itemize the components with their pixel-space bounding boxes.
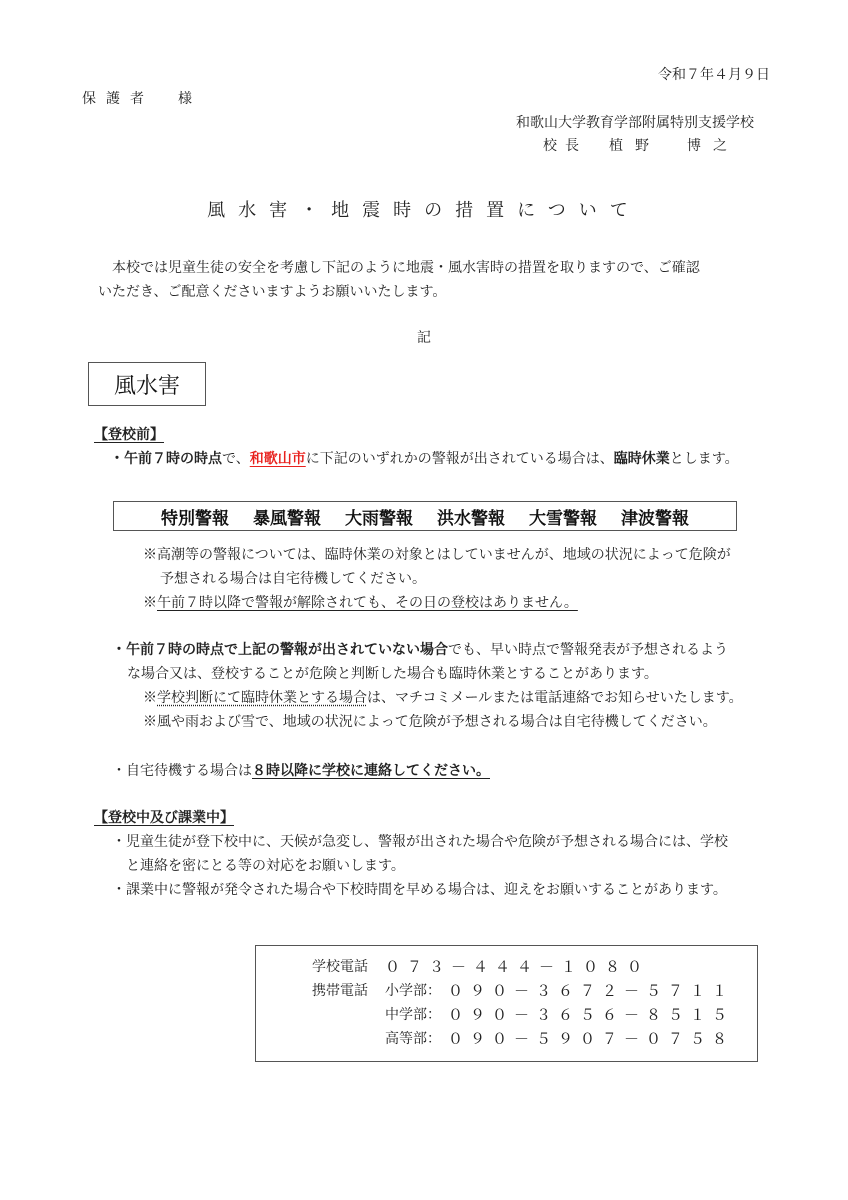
home-standby-rule: ・自宅待機する場合は８時以降に学校に連絡してください。 — [112, 760, 490, 780]
note-after-7am-text: 午前７時以降で警報が解除されても、その日の登校はありません。 — [157, 595, 578, 611]
closure-term: 臨時休業 — [614, 451, 670, 467]
document-title: 風水害・地震時の措置について — [0, 196, 848, 222]
ki-marker: 記 — [0, 327, 848, 347]
no-warning-rule-2: な場合又は、登校することが危険と判断した場合も臨時休業とすることがあります。 — [127, 663, 658, 683]
rule-text: とします。 — [670, 451, 739, 467]
mobile-phone-label: 携帯電話 — [312, 980, 368, 1000]
heading-before-school: 【登校前】 — [94, 424, 164, 444]
principal: 校長植野 博之 — [543, 135, 739, 155]
contact-box: 学校電話 ０７３－４４４－１０８０ 携帯電話 小学部： ０９０－３６７２－５７１… — [255, 945, 758, 1062]
no-warning-condition: ・午前７時の時点で上記の警報が出されていない場合 — [112, 642, 448, 658]
note-mark: ※ — [143, 690, 157, 706]
rule-time: ・午前７時の時点 — [110, 451, 222, 467]
warning-item: 暴風警報 — [253, 504, 321, 529]
notification-text: は、マチコミメールまたは電話連絡でお知らせいたします。 — [367, 690, 743, 706]
no-warning-rule-1: ・午前７時の時点で上記の警報が出されていない場合でも、早い時点で警報発表が予想さ… — [112, 639, 728, 659]
note-mark: ※ — [143, 595, 157, 611]
no-warning-text: でも、早い時点で警報発表が予想されるよう — [448, 642, 728, 658]
intro-line-1: 本校では児童生徒の安全を考慮し下記のように地震・風水害時の措置を取りますので、ご… — [112, 257, 700, 277]
section-title: 風水害 — [114, 369, 180, 400]
rule-text: で、 — [222, 451, 250, 467]
warning-item: 大雨警報 — [345, 504, 413, 529]
during-rule-1a: ・児童生徒が登下校中に、天候が急変し、警報が出された場合や危険が予想される場合に… — [112, 831, 728, 851]
rule-text: に下記のいずれかの警報が出されている場合は、 — [306, 451, 614, 467]
dept-label: 中学部： — [385, 1004, 441, 1024]
note-weather: ※風や雨および雪で、地域の状況によって危険が予想される場合は自宅待機してください… — [143, 711, 717, 731]
document-date: 令和７年４月９日 — [658, 64, 770, 84]
note-storm-surge-2: 予想される場合は自宅待機してください。 — [160, 568, 426, 588]
mobile-number: ０９０－３６５６－８５１５ — [448, 1004, 734, 1025]
note-storm-surge-1: ※高潮等の警報については、臨時休業の対象とはしていませんが、地域の状況によって危… — [143, 544, 731, 564]
warning-item: 大雪警報 — [529, 504, 597, 529]
school-name: 和歌山大学教育学部附属特別支援学校 — [516, 112, 754, 132]
principal-name: 植野 博之 — [609, 138, 739, 154]
dept-label: 小学部： — [385, 980, 441, 1000]
warnings-box: 特別警報 暴風警報 大雨警報 洪水警報 大雪警報 津波警報 — [113, 501, 737, 531]
warning-item: 洪水警報 — [437, 504, 505, 529]
school-decision-text: 学校判断にて臨時休業とする場合 — [157, 690, 367, 706]
section-title-box: 風水害 — [88, 362, 206, 406]
note-school-decision: ※学校判断にて臨時休業とする場合は、マチコミメールまたは電話連絡でお知らせいたし… — [143, 687, 743, 707]
before-school-rule: ・午前７時の時点で、和歌山市に下記のいずれかの警報が出されている場合は、臨時休業… — [110, 448, 739, 468]
standby-text: ・自宅待機する場合は — [112, 763, 252, 779]
school-phone-label: 学校電話 — [312, 956, 368, 976]
intro-line-2: いただき、ご配意くださいますようお願いいたします。 — [98, 281, 446, 301]
heading-during-school: 【登校中及び課業中】 — [94, 807, 234, 827]
mobile-number: ０９０－５９０７－０７５８ — [448, 1028, 734, 1049]
during-rule-2: ・課業中に警報が発令された場合や下校時間を早める場合は、迎えをお願いすることがあ… — [112, 879, 727, 899]
school-phone-number: ０７３－４４４－１０８０ — [385, 956, 649, 977]
recipient: 保護者 様 — [82, 88, 202, 108]
city-name: 和歌山市 — [250, 451, 306, 467]
contact-after-8-text: ８時以降に学校に連絡してください。 — [252, 763, 490, 779]
dept-label: 高等部： — [385, 1028, 441, 1048]
during-rule-1b: と連絡を密にとる等の対応をお願いします。 — [126, 855, 405, 875]
warning-item: 特別警報 — [161, 504, 229, 529]
principal-role: 校長 — [543, 138, 587, 154]
note-after-7am: ※午前７時以降で警報が解除されても、その日の登校はありません。 — [143, 592, 578, 612]
mobile-number: ０９０－３６７２－５７１１ — [448, 980, 734, 1001]
warning-item: 津波警報 — [621, 504, 689, 529]
